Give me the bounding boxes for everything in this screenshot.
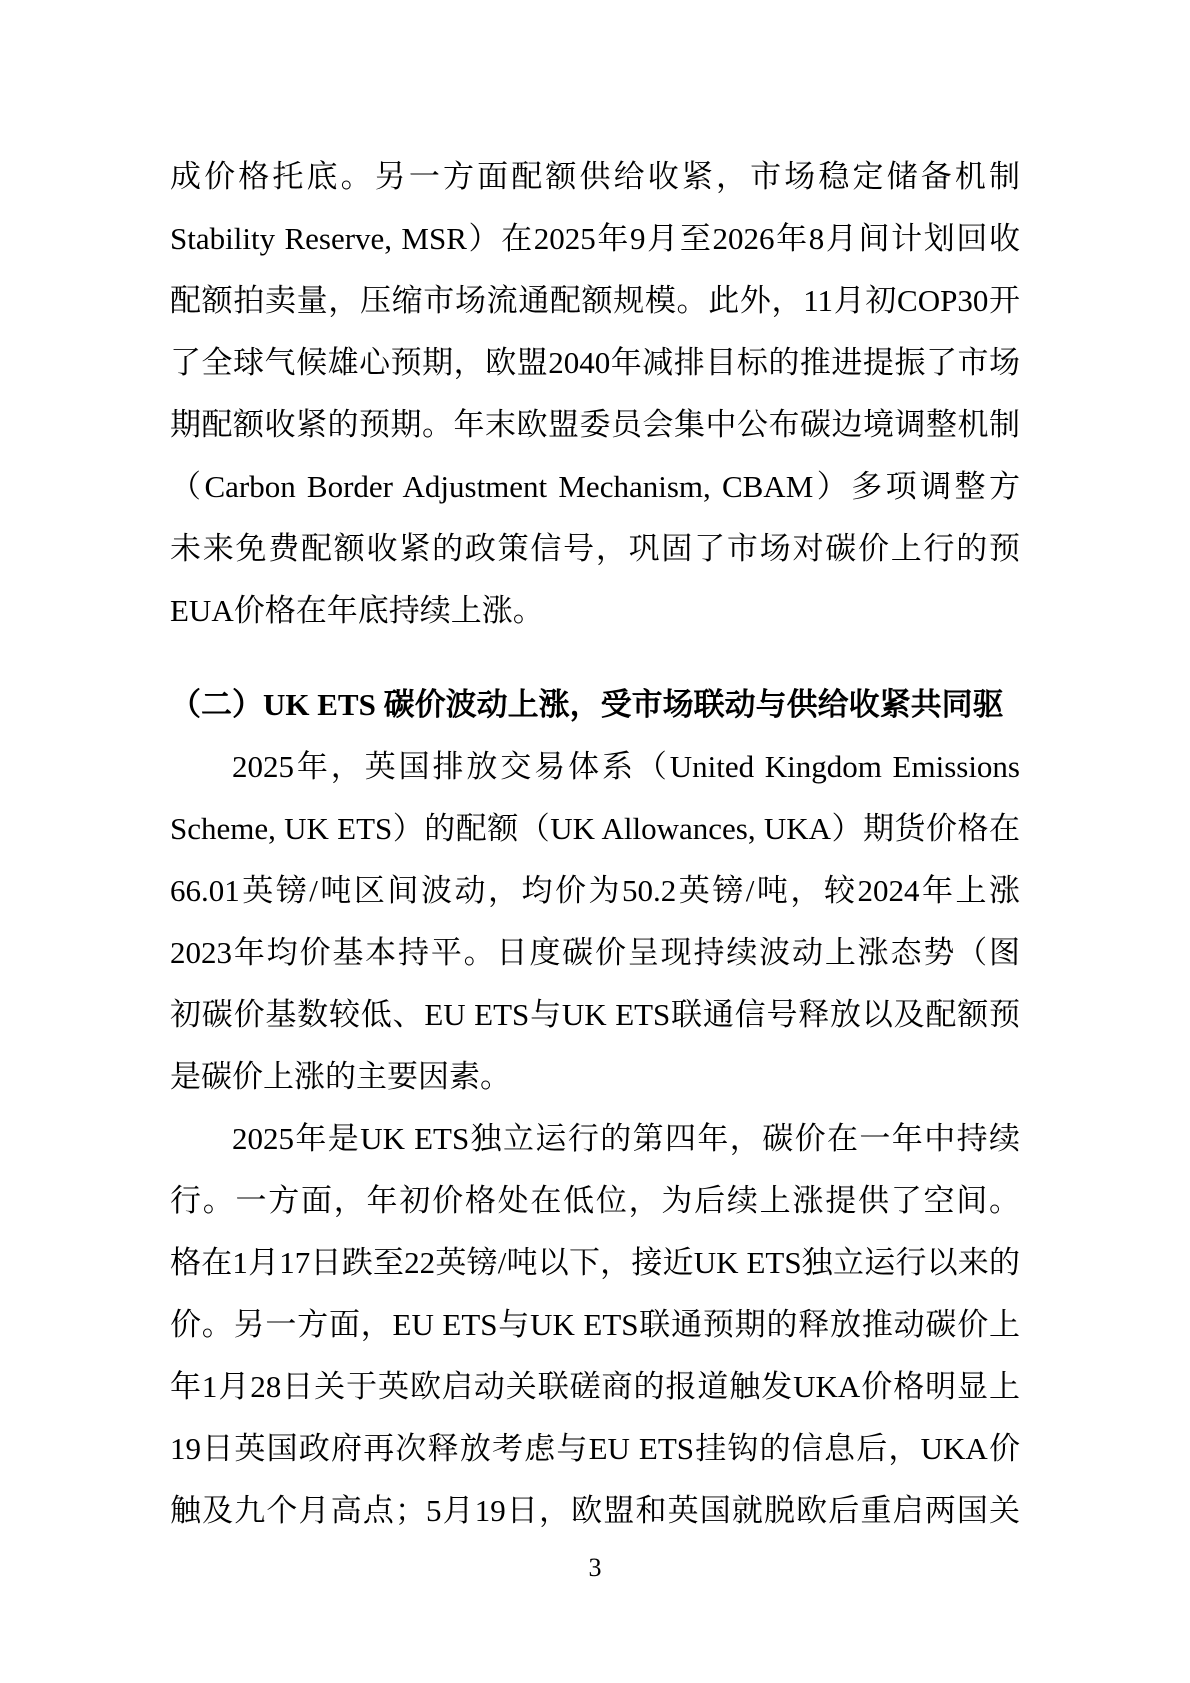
paragraph-uk-ets-overview: 2025年，英国排放交易体系（United Kingdom Emissions … (170, 736, 1020, 1108)
text-line: 2025年，英国排放交易体系（United Kingdom Emissions … (170, 736, 1020, 798)
text-line: 初碳价基数较低、EU ETS与UK ETS联通信号释放以及配额预期收紧 (170, 984, 1020, 1046)
text-line: EUA价格在年底持续上涨。 (170, 580, 1020, 642)
page-number: 3 (0, 1548, 1190, 1588)
text-line: （Carbon Border Adjustment Mechanism, CBA… (170, 456, 1020, 518)
text-line: 配额拍卖量，压缩市场流通配额规模。此外，11月初COP30开幕强化 (170, 270, 1020, 332)
text-line: 19日英国政府再次释放考虑与EU ETS挂钩的信息后，UKA价格短暂 (170, 1418, 1020, 1480)
text-line: 年1月28日关于英欧启动关联磋商的报道触发UKA价格明显上涨;3月 (170, 1356, 1020, 1418)
text-line: 价。另一方面，EU ETS与UK ETS联通预期的释放推动碳价上涨。2025 (170, 1294, 1020, 1356)
text-line: 触及九个月高点；5月19日，欧盟和英国就脱欧后重启两国关系达成 (170, 1480, 1020, 1542)
text-line: Scheme, UK ETS）的配额（UK Allowances, UKA）期货… (170, 798, 1020, 860)
text-line: 期配额收紧的预期。年末欧盟委员会集中公布碳边境调整机制 (170, 394, 1020, 456)
paragraph-continuation: 成价格托底。另一方面配额供给收紧，市场稳定储备机制（Market Stabili… (170, 146, 1020, 642)
text-line: 格在1月17日跌至22英镑/吨以下，接近UK ETS独立运行以来的最低 (170, 1232, 1020, 1294)
section-heading: （二）UK ETS 碳价波动上涨，受市场联动与供给收紧共同驱动 (170, 674, 1020, 736)
text-line: 了全球气候雄心预期，欧盟2040年减排目标的推进提振了市场对中长 (170, 332, 1020, 394)
text-line: 66.01英镑/吨区间波动，均价为50.2英镑/吨，较2024年上涨33.4%，… (170, 860, 1020, 922)
text-line: Stability Reserve, MSR）在2025年9月至2026年8月间… (170, 208, 1020, 270)
page-body: 成价格托底。另一方面配额供给收紧，市场稳定储备机制（Market Stabili… (170, 146, 1020, 1542)
text-line: 行。一方面，年初价格处在低位，为后续上涨提供了空间。UK ETS价 (170, 1170, 1020, 1232)
text-line: 未来免费配额收紧的政策信号，巩固了市场对碳价上行的预期，推动 (170, 518, 1020, 580)
text-line: 成价格托底。另一方面配额供给收紧，市场稳定储备机制（Market (170, 146, 1020, 208)
text-line: 2025年是UK ETS独立运行的第四年，碳价在一年中持续波动上 (170, 1108, 1020, 1170)
document-page: 成价格托底。另一方面配额供给收紧，市场稳定储备机制（Market Stabili… (0, 0, 1190, 1683)
text-line: 2023年均价基本持平。日度碳价呈现持续波动上涨态势（图1b），年 (170, 922, 1020, 984)
text-line: 是碳价上涨的主要因素。 (170, 1046, 1020, 1108)
paragraph-uk-ets-drivers: 2025年是UK ETS独立运行的第四年，碳价在一年中持续波动上 行。一方面，年… (170, 1108, 1020, 1542)
